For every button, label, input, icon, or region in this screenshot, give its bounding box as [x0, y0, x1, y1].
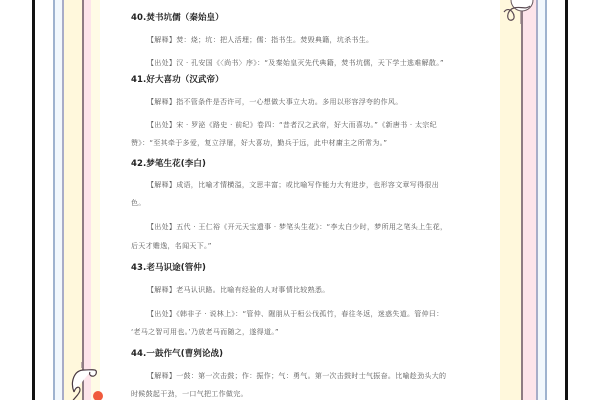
section-43-explanation: 【解释】老马认识路。比喻有经验的人对事情比较熟悉。	[147, 285, 330, 295]
doodle-character-icon	[68, 362, 108, 400]
section-heading-42: 42.梦笔生花(李白)	[131, 157, 206, 169]
section-42-source: 【出处】五代 · 王仁裕《开元天宝遗事 · 梦笔头生花》：“李太白少时，梦所用之…	[147, 222, 447, 232]
section-40-source: 【出处】汉 · 孔安国《〈尚书〉序》：“及秦始皇灭先代典籍，焚书坑儒，天下学士逃…	[147, 58, 444, 68]
frame-border-left	[32, 0, 35, 400]
section-41-source: 【出处】宋 · 罗泌《路史 · 前纪》卷四：“昔者汉之武帝，好大而喜功。”《新唐…	[147, 120, 437, 130]
left-pink-band	[84, 0, 91, 400]
left-blue-line-1	[53, 0, 55, 400]
section-heading-43: 43.老马识途(管仲)	[131, 261, 206, 273]
section-41-source-cont: 赞》：“至其牵于多爱，复立浮屠，好大喜功，勤兵于远，此中材庸主之所常为。”	[131, 138, 387, 148]
right-blue-line-1	[536, 0, 538, 400]
right-yellow-band	[500, 0, 521, 400]
section-42-source-cont: 后天才赡逸，名闻天下。”	[131, 241, 212, 251]
left-yellow-band-2	[91, 0, 100, 400]
section-40-explanation: 【解释】焚：烧；坑：把人活埋；儒：指书生。焚毁典籍，坑杀书生。	[147, 35, 373, 45]
left-yellow-band	[64, 0, 82, 400]
section-43-source-cont: ‘老马之智可用也。’乃放老马而随之，遂得道。”	[131, 327, 279, 337]
section-41-explanation: 【解释】指不管条件是否许可，一心想做大事立大功。多用以形容浮夸的作风。	[147, 97, 403, 107]
frame-border-right	[565, 0, 568, 400]
section-heading-40: 40.焚书坑儒（秦始皇）	[131, 11, 224, 23]
right-blue-band	[537, 0, 545, 400]
section-heading-41: 41.好大喜功（汉武帝）	[131, 73, 224, 85]
section-44-explanation-cont: 时候鼓起干劲，一口气把工作做完。	[131, 389, 248, 399]
section-42-explanation: 【解释】成语，比喻才情横溢，文思丰富；或比喻写作能力大有进步，也形容文章写得很出	[147, 180, 439, 190]
section-44-explanation: 【解释】一鼓：第一次击鼓；作：振作；气：勇气。第一次击鼓时士气振奋。比喻趁劲头大…	[147, 371, 446, 381]
swirl-doodle-icon	[500, 0, 536, 24]
section-heading-44: 44.一鼓作气(曹刿论战)	[131, 347, 223, 359]
left-blue-band	[54, 0, 62, 400]
section-42-explanation-cont: 色。	[131, 198, 146, 208]
right-blue-line-2	[545, 0, 547, 400]
section-43-source: 【出处】《韩非子 · 说林上》：“管仲、隰朋从于桓公伐孤竹，春往冬返，迷惑失道。…	[147, 309, 444, 319]
right-pink-band	[523, 0, 536, 400]
